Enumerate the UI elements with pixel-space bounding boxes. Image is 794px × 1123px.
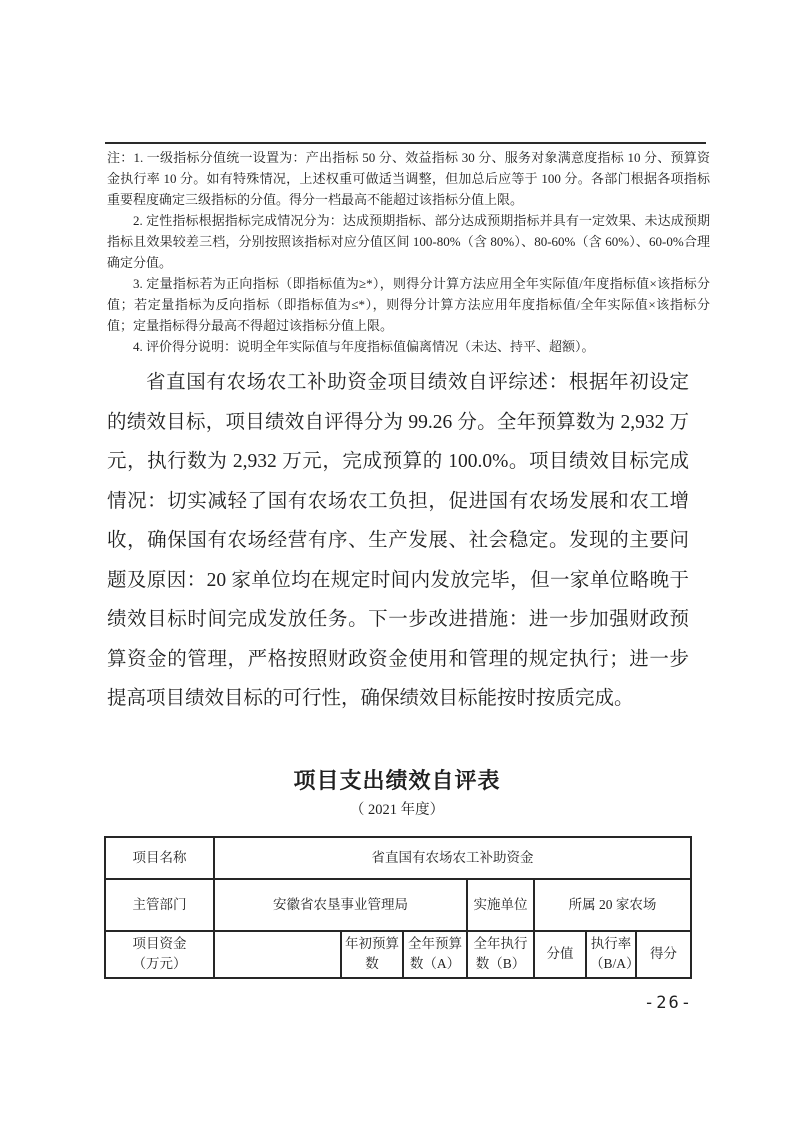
cell-supervisor-dept-label: 主管部门	[105, 879, 214, 931]
cell-supervisor-dept-value: 安徽省农垦事业管理局	[214, 879, 467, 931]
notes-section: 注：1. 一级指标分值统一设置为：产出指标 50 分、效益指标 30 分、服务对…	[107, 147, 710, 357]
table-title: 项目支出绩效自评表	[0, 764, 794, 795]
project-self-eval-table: 项目名称 省直国有农场农工补助资金 主管部门 安徽省农垦事业管理局 实施单位 所…	[104, 836, 692, 979]
cell-header-score-value: 分值	[534, 931, 586, 978]
cell-header-execution-rate: 执行率（B/A）	[586, 931, 636, 978]
cell-implementing-unit-label: 实施单位	[467, 879, 534, 931]
cell-header-annual-execution-b: 全年执行数（B）	[467, 931, 534, 978]
cell-header-annual-budget-a: 全年预算数（A）	[403, 931, 467, 978]
table-subtitle: （ 2021 年度）	[0, 798, 794, 819]
self-evaluation-summary: 省直国有农场农工补助资金项目绩效自评综述：根据年初设定的绩效目标，项目绩效自评得…	[107, 363, 689, 719]
horizontal-rule	[105, 142, 706, 144]
page-number: -26-	[644, 993, 693, 1013]
cell-project-name-value: 省直国有农场农工补助资金	[214, 837, 691, 879]
cell-implementing-unit-value: 所属 20 家农场	[534, 879, 691, 931]
note-text-1: 1. 一级指标分值统一设置为：产出指标 50 分、效益指标 30 分、服务对象满…	[107, 150, 710, 207]
note-paragraph-3: 3. 定量指标若为正向指标（即指标值为≥*），则得分计算方法应用全年实际值/年度…	[107, 273, 710, 336]
table-row-project-name: 项目名称 省直国有农场农工补助资金	[105, 837, 691, 879]
note-prefix: 注：	[107, 150, 134, 165]
table-row-departments: 主管部门 安徽省农垦事业管理局 实施单位 所属 20 家农场	[105, 879, 691, 931]
document-page: 注：1. 一级指标分值统一设置为：产出指标 50 分、效益指标 30 分、服务对…	[0, 0, 794, 1123]
note-paragraph-1: 注：1. 一级指标分值统一设置为：产出指标 50 分、效益指标 30 分、服务对…	[107, 147, 710, 210]
table-row-project-funds-header: 项目资金 （万元） 年初预算数 全年预算数（A） 全年执行数（B） 分值 执行率…	[105, 931, 691, 978]
note-paragraph-4: 4. 评价得分说明：说明全年实际值与年度指标值偏离情况（未达、持平、超额）。	[107, 336, 710, 357]
note-paragraph-2: 2. 定性指标根据指标完成情况分为：达成预期指标、部分达成预期指标并具有一定效果…	[107, 210, 710, 273]
cell-funds-empty	[214, 931, 341, 978]
cell-header-score: 得分	[636, 931, 691, 978]
cell-project-funds-label: 项目资金 （万元）	[105, 931, 214, 978]
cell-project-name-label: 项目名称	[105, 837, 214, 879]
cell-header-initial-budget: 年初预算数	[341, 931, 403, 978]
